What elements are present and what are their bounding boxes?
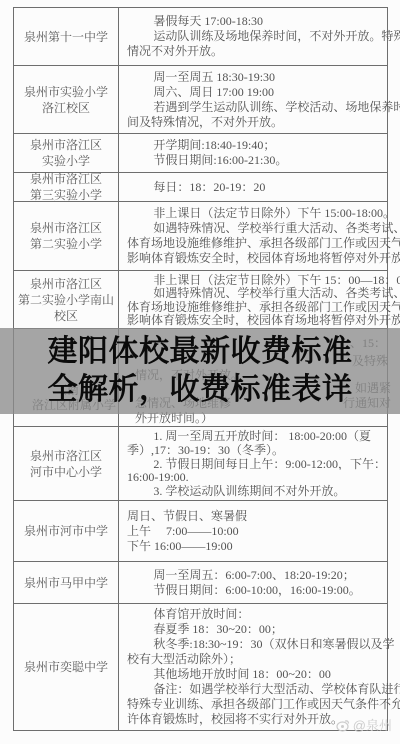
schedule-line: 1. 周一至周五开放时间： 18:00-20:00（夏 (127, 429, 386, 443)
schedule-line: 运动队训练及场地保养时间，不对外开放。特殊 (127, 29, 400, 44)
schedule-line: 2. 节假日期间每日上午：9:00-12:00，下午： (127, 457, 386, 471)
schedule-line: 下午 16:00——19:00 (127, 539, 383, 554)
table-row: 泉州市实验小学洛江校区周一至周五 18:30-19:30周六、周日 17:00 … (14, 66, 387, 134)
schedule-line: 开学期间:18:40-19:40； (127, 138, 383, 153)
table-row: 泉州市洛江区实验小学开学期间:18:40-19:40；节假日期间:16:00-2… (14, 134, 387, 173)
schedule-line: 非上课日（法定节日除外）下午 15：00—18：00 (127, 273, 400, 286)
watermark: @泉州 (336, 715, 392, 734)
schedule-cell: 非上课日（法定节日除外）下午 15:00-18:00。如遇特殊情况、学校举行重大… (119, 202, 400, 270)
school-name-cell: 泉州市洛江区第二实验小学 (14, 202, 119, 270)
schedule-line: 体育馆开放时间： (127, 607, 400, 622)
school-name-line: 泉州市洛江区 (30, 276, 102, 292)
schedule-line: 间及特殊情况，不对外开放。 (127, 115, 400, 130)
headline-overlay: 建阳体校最新收费标准 全解析，收费标准表详 (0, 328, 400, 414)
school-name-line: 第二实验小学南山校区 (14, 292, 118, 324)
schedule-cell: 周日、节假日、寒暑假上午 7:00——10:00下午 16:00——19:00 (119, 501, 387, 561)
headline-line1: 建阳体校最新收费标准 (48, 333, 353, 371)
table-row: 泉州市洛江区第二实验小学非上课日（法定节日除外）下午 15:00-18:00。如… (14, 202, 387, 271)
school-name-cell: 泉州市洛江区第二实验小学南山校区 (14, 271, 119, 328)
school-name-cell: 泉州市洛江区第三实验小学 (14, 173, 119, 201)
school-name-line: 泉州市实验小学 (24, 84, 108, 100)
school-name-cell: 泉州市河市中学 (14, 501, 119, 561)
school-name-cell: 泉州市实验小学洛江校区 (14, 66, 119, 133)
schedule-line: 如遇特殊情况、学校举行重大活动、各类考试、 (127, 286, 400, 299)
schedule-line: 周一至周五：6:00-7:00、18:20-19:20； (127, 568, 383, 583)
schedule-cell: 周一至周五：6:00-7:00、18:20-19:20；节假日期间：6:00-1… (119, 562, 387, 603)
schedule-line: 备注：如遇学校举行大型活动、学校体育队进行 (127, 682, 400, 697)
school-name-cell: 泉州第十一中学 (14, 8, 119, 65)
schedule-line: 影响体育锻炼安全时，校园体育场地将暂停对外开放。 (127, 251, 400, 266)
school-name-line: 泉州市洛江区 (30, 448, 102, 464)
headline-line2: 全解析，收费标准表详 (48, 371, 353, 409)
schedule-line: 影响体育锻炼安全时，校园体育场地将暂停对外开放。 (127, 313, 400, 326)
table-row: 泉州第十一中学暑假每天 17:00-18:30运动队训练及场地保养时间，不对外开… (14, 8, 387, 66)
school-name-line: 第三实验小学 (30, 187, 102, 203)
schedule-line: 体育场地设施维修维护、承担各级部门工作或因天气 (127, 300, 400, 313)
schedule-line: 特殊专业训练、承担各级部门工作或因天气条件不允 (127, 697, 400, 712)
schedule-line: 情况不对外开放。 (127, 44, 400, 59)
schedule-line: 校有大型活动除外）； (127, 652, 400, 667)
schedule-cell: 1. 周一至周五开放时间： 18:00-20:00（夏季）,17：30-19：3… (119, 427, 390, 500)
school-name-line: 泉州市洛江区 (30, 220, 102, 236)
schedule-line: 季）,17：30-19：30（冬季）。 (127, 443, 386, 457)
schedule-line: 3. 学校运动队训练期间不对外开放。 (127, 484, 386, 498)
schedule-line: 其他场地开放时间 18：00~20：00 (127, 667, 400, 682)
schedule-line: 上午 7:00——10:00 (127, 524, 383, 539)
school-name-line: 第二实验小学 (30, 236, 102, 252)
table-row: 泉州市河市中学周日、节假日、寒暑假上午 7:00——10:00下午 16:00—… (14, 501, 387, 562)
school-name-cell: 泉州市奕聪中学 (14, 604, 119, 730)
school-name-cell: 泉州市洛江区实验小学 (14, 134, 119, 172)
schedule-cell: 每日：18：20-19：20 (119, 173, 387, 201)
screenshot-page: 泉州第十一中学暑假每天 17:00-18:30运动队训练及场地保养时间，不对外开… (0, 0, 400, 744)
table-row: 泉州市奕聪中学体育馆开放时间：春夏季 18：30~20：00；秋冬季:18:30… (14, 604, 387, 730)
schedule-line: 非上课日（法定节日除外）下午 15:00-18:00。 (127, 206, 400, 221)
table-row: 泉州市洛江区第三实验小学每日：18：20-19：20 (14, 173, 387, 202)
school-name-line: 泉州市马甲中学 (24, 575, 108, 591)
school-name-line: 泉州市洛江区 (30, 171, 102, 187)
schedule-line: 体育场地设施维修维护、承担各级部门工作或因天气 (127, 236, 400, 251)
schedule-line: 若遇到学生运动队训练、学校活动、场地保养时 (127, 100, 400, 115)
weibo-logo-icon (336, 718, 350, 732)
school-name-line: 河市中心小学 (30, 464, 102, 480)
schedule-line: 16:00-19:00. (127, 470, 386, 484)
schedule-line: 秋冬季:18:30~19：30（双休日和寒暑假以及学 (127, 637, 400, 652)
schedule-line: 如遇特殊情况、学校举行重大活动、各类考试、 (127, 221, 400, 236)
school-name-line: 实验小学 (42, 153, 90, 169)
school-name-line: 泉州市奕聪中学 (24, 659, 108, 675)
schedule-line: 周日、节假日、寒暑假 (127, 509, 383, 524)
schedule-cell: 暑假每天 17:00-18:30运动队训练及场地保养时间，不对外开放。特殊情况不… (119, 8, 400, 65)
schedule-line: 周一至周五 18:30-19:30 (127, 70, 400, 85)
school-name-cell: 泉州市马甲中学 (14, 562, 119, 603)
table-row: 泉州市洛江区第二实验小学南山校区非上课日（法定节日除外）下午 15：00—18：… (14, 271, 387, 329)
school-name-cell: 泉州市洛江区河市中心小学 (14, 427, 119, 500)
schedule-cell: 周一至周五 18:30-19:30周六、周日 17:00 19:00若遇到学生运… (119, 66, 400, 133)
schedule-cell: 开学期间:18:40-19:40；节假日期间:16:00-21:30。 (119, 134, 387, 172)
schedule-line: 春夏季 18：30~20：00； (127, 622, 400, 637)
schedule-line: 节假日期间:16:00-21:30。 (127, 153, 383, 168)
school-name-line: 泉州第十一中学 (24, 29, 108, 45)
school-name-line: 泉州市河市中学 (24, 523, 108, 539)
schedule-line: 周六、周日 17:00 19:00 (127, 85, 400, 100)
table-row: 泉州市洛江区河市中心小学1. 周一至周五开放时间： 18:00-20:00（夏季… (14, 427, 387, 501)
watermark-text: @泉州 (353, 715, 392, 734)
schedule-cell: 非上课日（法定节日除外）下午 15：00—18：00如遇特殊情况、学校举行重大活… (119, 271, 400, 328)
school-name-line: 洛江校区 (42, 100, 90, 116)
schedule-line: 节假日期间：6:00-10:00，16:00-19:00。 (127, 583, 383, 598)
table-row: 泉州市马甲中学周一至周五：6:00-7:00、18:20-19:20；节假日期间… (14, 562, 387, 604)
schedule-line: 每日：18：20-19：20 (127, 180, 383, 195)
schedule-line: 暑假每天 17:00-18:30 (127, 14, 400, 29)
schedule-cell: 体育馆开放时间：春夏季 18：30~20：00；秋冬季:18:30~19：30（… (119, 604, 400, 730)
school-name-line: 泉州市洛江区 (30, 137, 102, 153)
